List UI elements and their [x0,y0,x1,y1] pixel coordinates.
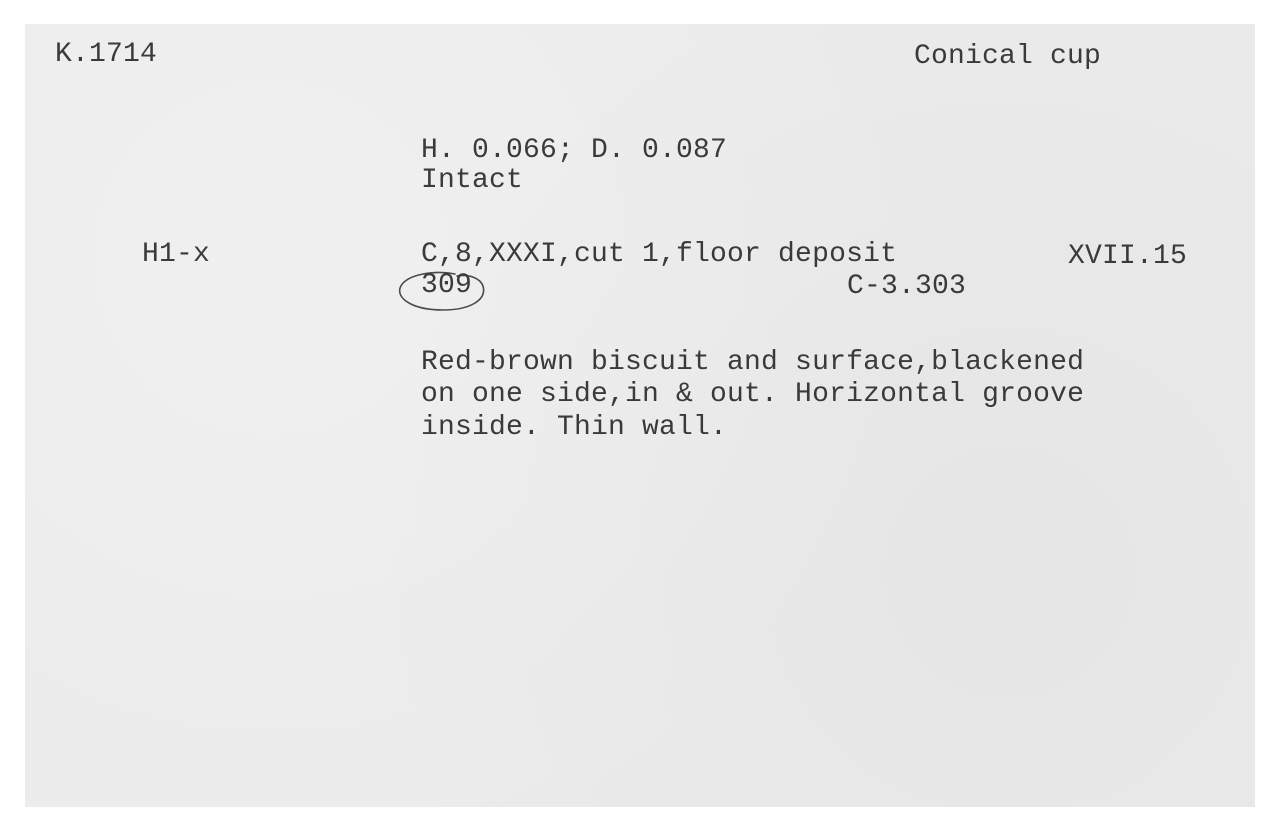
description-line: on one side,in & out. Horizontal groove [421,380,1084,410]
photo-reference: C-3.303 [847,272,966,302]
circled-number-group: 309 [395,270,487,312]
object-title: Conical cup [914,42,1101,72]
plate-reference: XVII.15 [1068,242,1187,272]
dimensions: H. 0.066; D. 0.087 [421,136,727,166]
condition: Intact [421,166,523,196]
description-line: Red-brown biscuit and surface,blackened [421,348,1084,378]
description-line: inside. Thin wall. [421,413,727,443]
provenance: C,8,XXXI,cut 1,floor deposit [421,240,897,270]
catalog-number: K.1714 [55,40,157,70]
circled-number: 309 [421,271,472,301]
location-code: H1-x [142,240,210,270]
catalog-card: K.1714 Conical cup H. 0.066; D. 0.087 In… [25,24,1255,807]
